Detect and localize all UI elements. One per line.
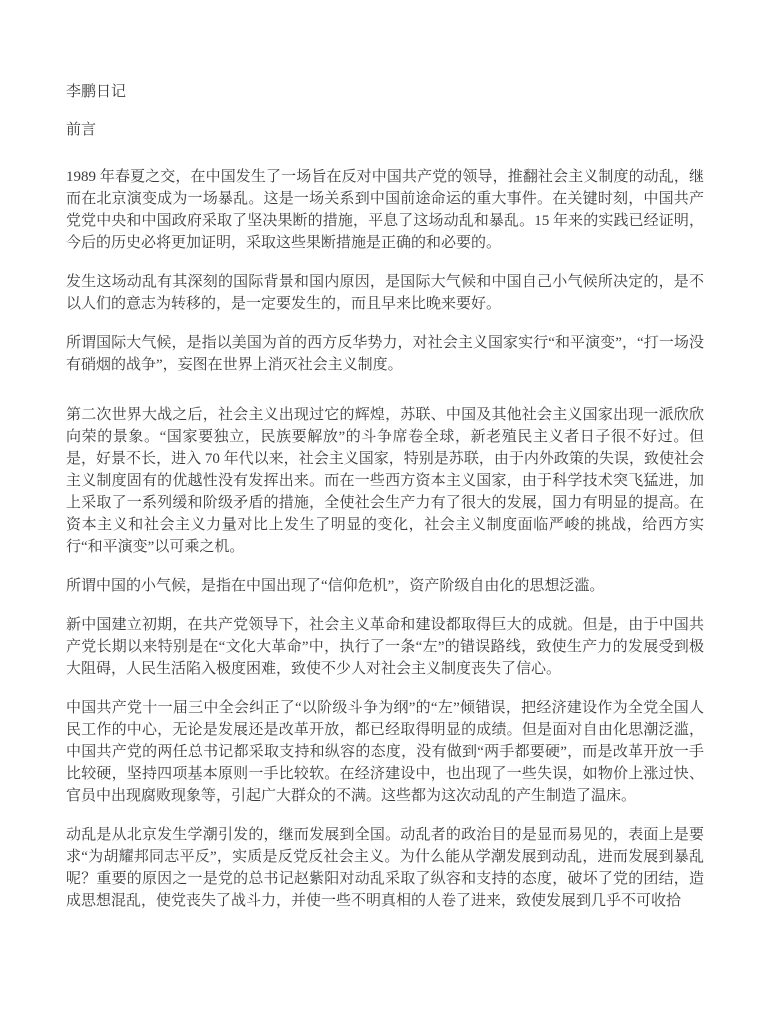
- document-title: 李鹏日记: [66, 81, 704, 104]
- paragraph-international-climate: 所谓国际大气候，是指以美国为首的西方反华势力，对社会主义国家实行“和平演变”，“…: [66, 332, 704, 376]
- paragraph-third-plenum: 中国共产党十一届三中全会纠正了“以阶级斗争为纲”的“左”倾错误，把经济建设作为全…: [66, 697, 704, 807]
- document-page: 李鹏日记 前言 1989 年春夏之交，在中国发生了一场旨在反对中国共产党的领导，…: [0, 0, 768, 1024]
- paragraph-new-china: 新中国建立初期，在共产党领导下，社会主义革命和建设都取得巨大的成就。但是，由于中…: [66, 614, 704, 680]
- paragraph-turmoil-origin: 动乱是从北京发生学潮引发的，继而发展到全国。动乱者的政治目的是显而易见的，表面上…: [66, 824, 704, 912]
- paragraph-postwar-socialism: 第二次世界大战之后，社会主义出现过它的辉煌，苏联、中国及其他社会主义国家出现一派…: [66, 404, 704, 558]
- section-heading-preface: 前言: [66, 119, 704, 142]
- paragraph-1989-overview: 1989 年春夏之交，在中国发生了一场旨在反对中国共产党的领导，推翻社会主义制度…: [66, 166, 704, 254]
- paragraph-domestic-climate: 所谓中国的小气候，是指在中国出现了“信仰危机”，资产阶级自由化的思想泛滥。: [66, 575, 704, 597]
- document-body: 1989 年春夏之交，在中国发生了一场旨在反对中国共产党的领导，推翻社会主义制度…: [66, 166, 704, 912]
- paragraph-causes: 发生这场动乱有其深刻的国际背景和国内原因，是国际大气候和中国自己小气候所决定的，…: [66, 271, 704, 315]
